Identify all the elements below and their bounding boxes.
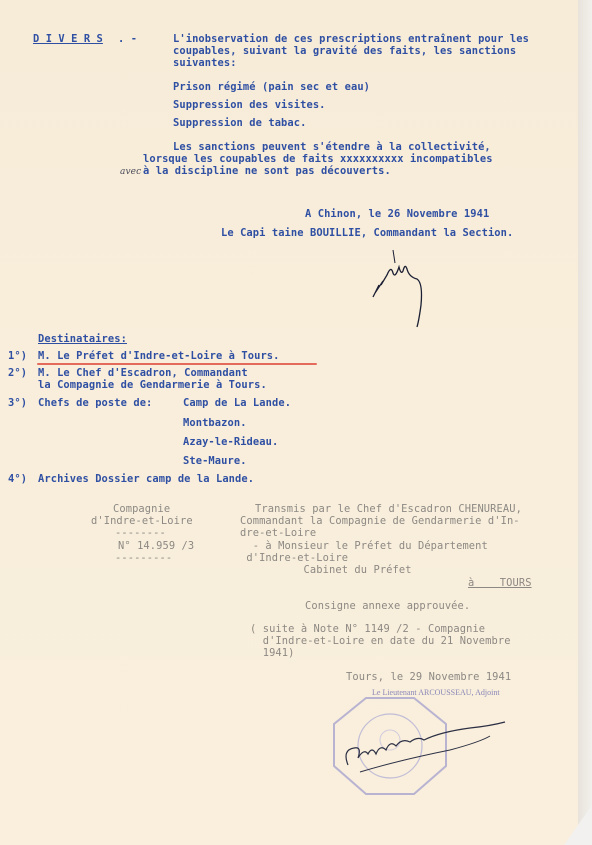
recipient-number: 2°) xyxy=(8,367,27,379)
recipient-chef-escadron-line2: la Compagnie de Gendarmerie à Tours. xyxy=(38,379,267,391)
recipient-prefet: M. Le Préfet d'Indre-et-Loire à Tours. xyxy=(38,350,280,362)
recipient-archives: Archives Dossier camp de la Lande. xyxy=(38,473,254,485)
transmission-line: d'Indre-et-Loire xyxy=(240,552,348,564)
red-underline xyxy=(37,363,317,365)
paper-edge xyxy=(578,0,592,845)
post-item: Camp de La Lande. xyxy=(183,397,291,409)
post-item: Ste-Maure. xyxy=(183,455,247,467)
sanction-item: Prison régimé (pain sec et eau) xyxy=(173,81,370,93)
recipients-title: Destinataires: xyxy=(38,333,127,345)
separator: --------- xyxy=(115,552,172,564)
lieutenant-signature-icon xyxy=(340,710,520,780)
handwritten-insert: avec xyxy=(120,166,141,178)
recipient-number: 3°) xyxy=(8,397,27,409)
recipient-number: 4°) xyxy=(8,473,27,485)
transmission-line: dre-et-Loire xyxy=(240,527,316,539)
reference-line: d'Indre-et-Loire en date du 21 Novembre xyxy=(250,635,511,647)
recipient-chef-escadron-line1: M. Le Chef d'Escadron, Commandant xyxy=(38,367,248,379)
approval: Consigne annexe approuvée. xyxy=(305,600,470,612)
separator: -------- xyxy=(115,527,166,539)
destination: à TOURS xyxy=(468,577,532,589)
post-item: Azay-le-Rideau. xyxy=(183,436,278,448)
sanction-item: Suppression des visites. xyxy=(173,99,326,111)
company-name: d'Indre-et-Loire xyxy=(91,515,193,527)
sanction-item: Suppression de tabac. xyxy=(173,117,306,129)
signatory: Le Capi taine BOUILLIE, Commandant la Se… xyxy=(221,227,513,239)
document-number: N° 14.959 /3 xyxy=(118,540,194,552)
transmission-line: Transmis par le Chef d'Escadron CHENUREA… xyxy=(255,503,522,515)
paragraph2-line1: Les sanctions peuvent s'étendre à la col… xyxy=(173,141,491,153)
paragraph2-line3: à la discipline ne sont pas découverts. xyxy=(143,165,391,177)
paragraph1-line2: coupables, suivant la gravité des faits,… xyxy=(173,45,516,57)
document-page: D I V E R S . - L'inobservation de ces p… xyxy=(0,0,578,845)
paragraph2-line2: lorsque les coupables de faits xxxxxxxxx… xyxy=(143,153,493,165)
place-date: A Chinon, le 26 Novembre 1941 xyxy=(305,208,489,220)
transmission-line: - à Monsieur le Préfet du Département xyxy=(240,540,488,552)
transmission-line: Commandant la Compagnie de Gendarmerie d… xyxy=(240,515,520,527)
captain-signature-icon xyxy=(365,245,435,330)
post-item: Montbazon. xyxy=(183,417,247,429)
transmission-line: Cabinet du Préfet xyxy=(240,564,412,576)
company-label: Compagnie xyxy=(113,503,170,515)
paragraph1-line3: suivantes: xyxy=(173,57,237,69)
tours-place-date: Tours, le 29 Novembre 1941 xyxy=(346,671,511,683)
section-label: D I V E R S xyxy=(33,33,103,45)
recipient-chefs-poste: Chefs de poste de: xyxy=(38,397,152,409)
recipient-number: 1°) xyxy=(8,350,27,362)
reference-line: ( suite à Note N° 1149 /2 - Compagnie xyxy=(250,623,485,635)
section-dash: . - xyxy=(118,33,137,45)
paragraph1-line1: L'inobservation de ces prescriptions ent… xyxy=(173,33,529,45)
reference-line: 1941) xyxy=(250,647,295,659)
